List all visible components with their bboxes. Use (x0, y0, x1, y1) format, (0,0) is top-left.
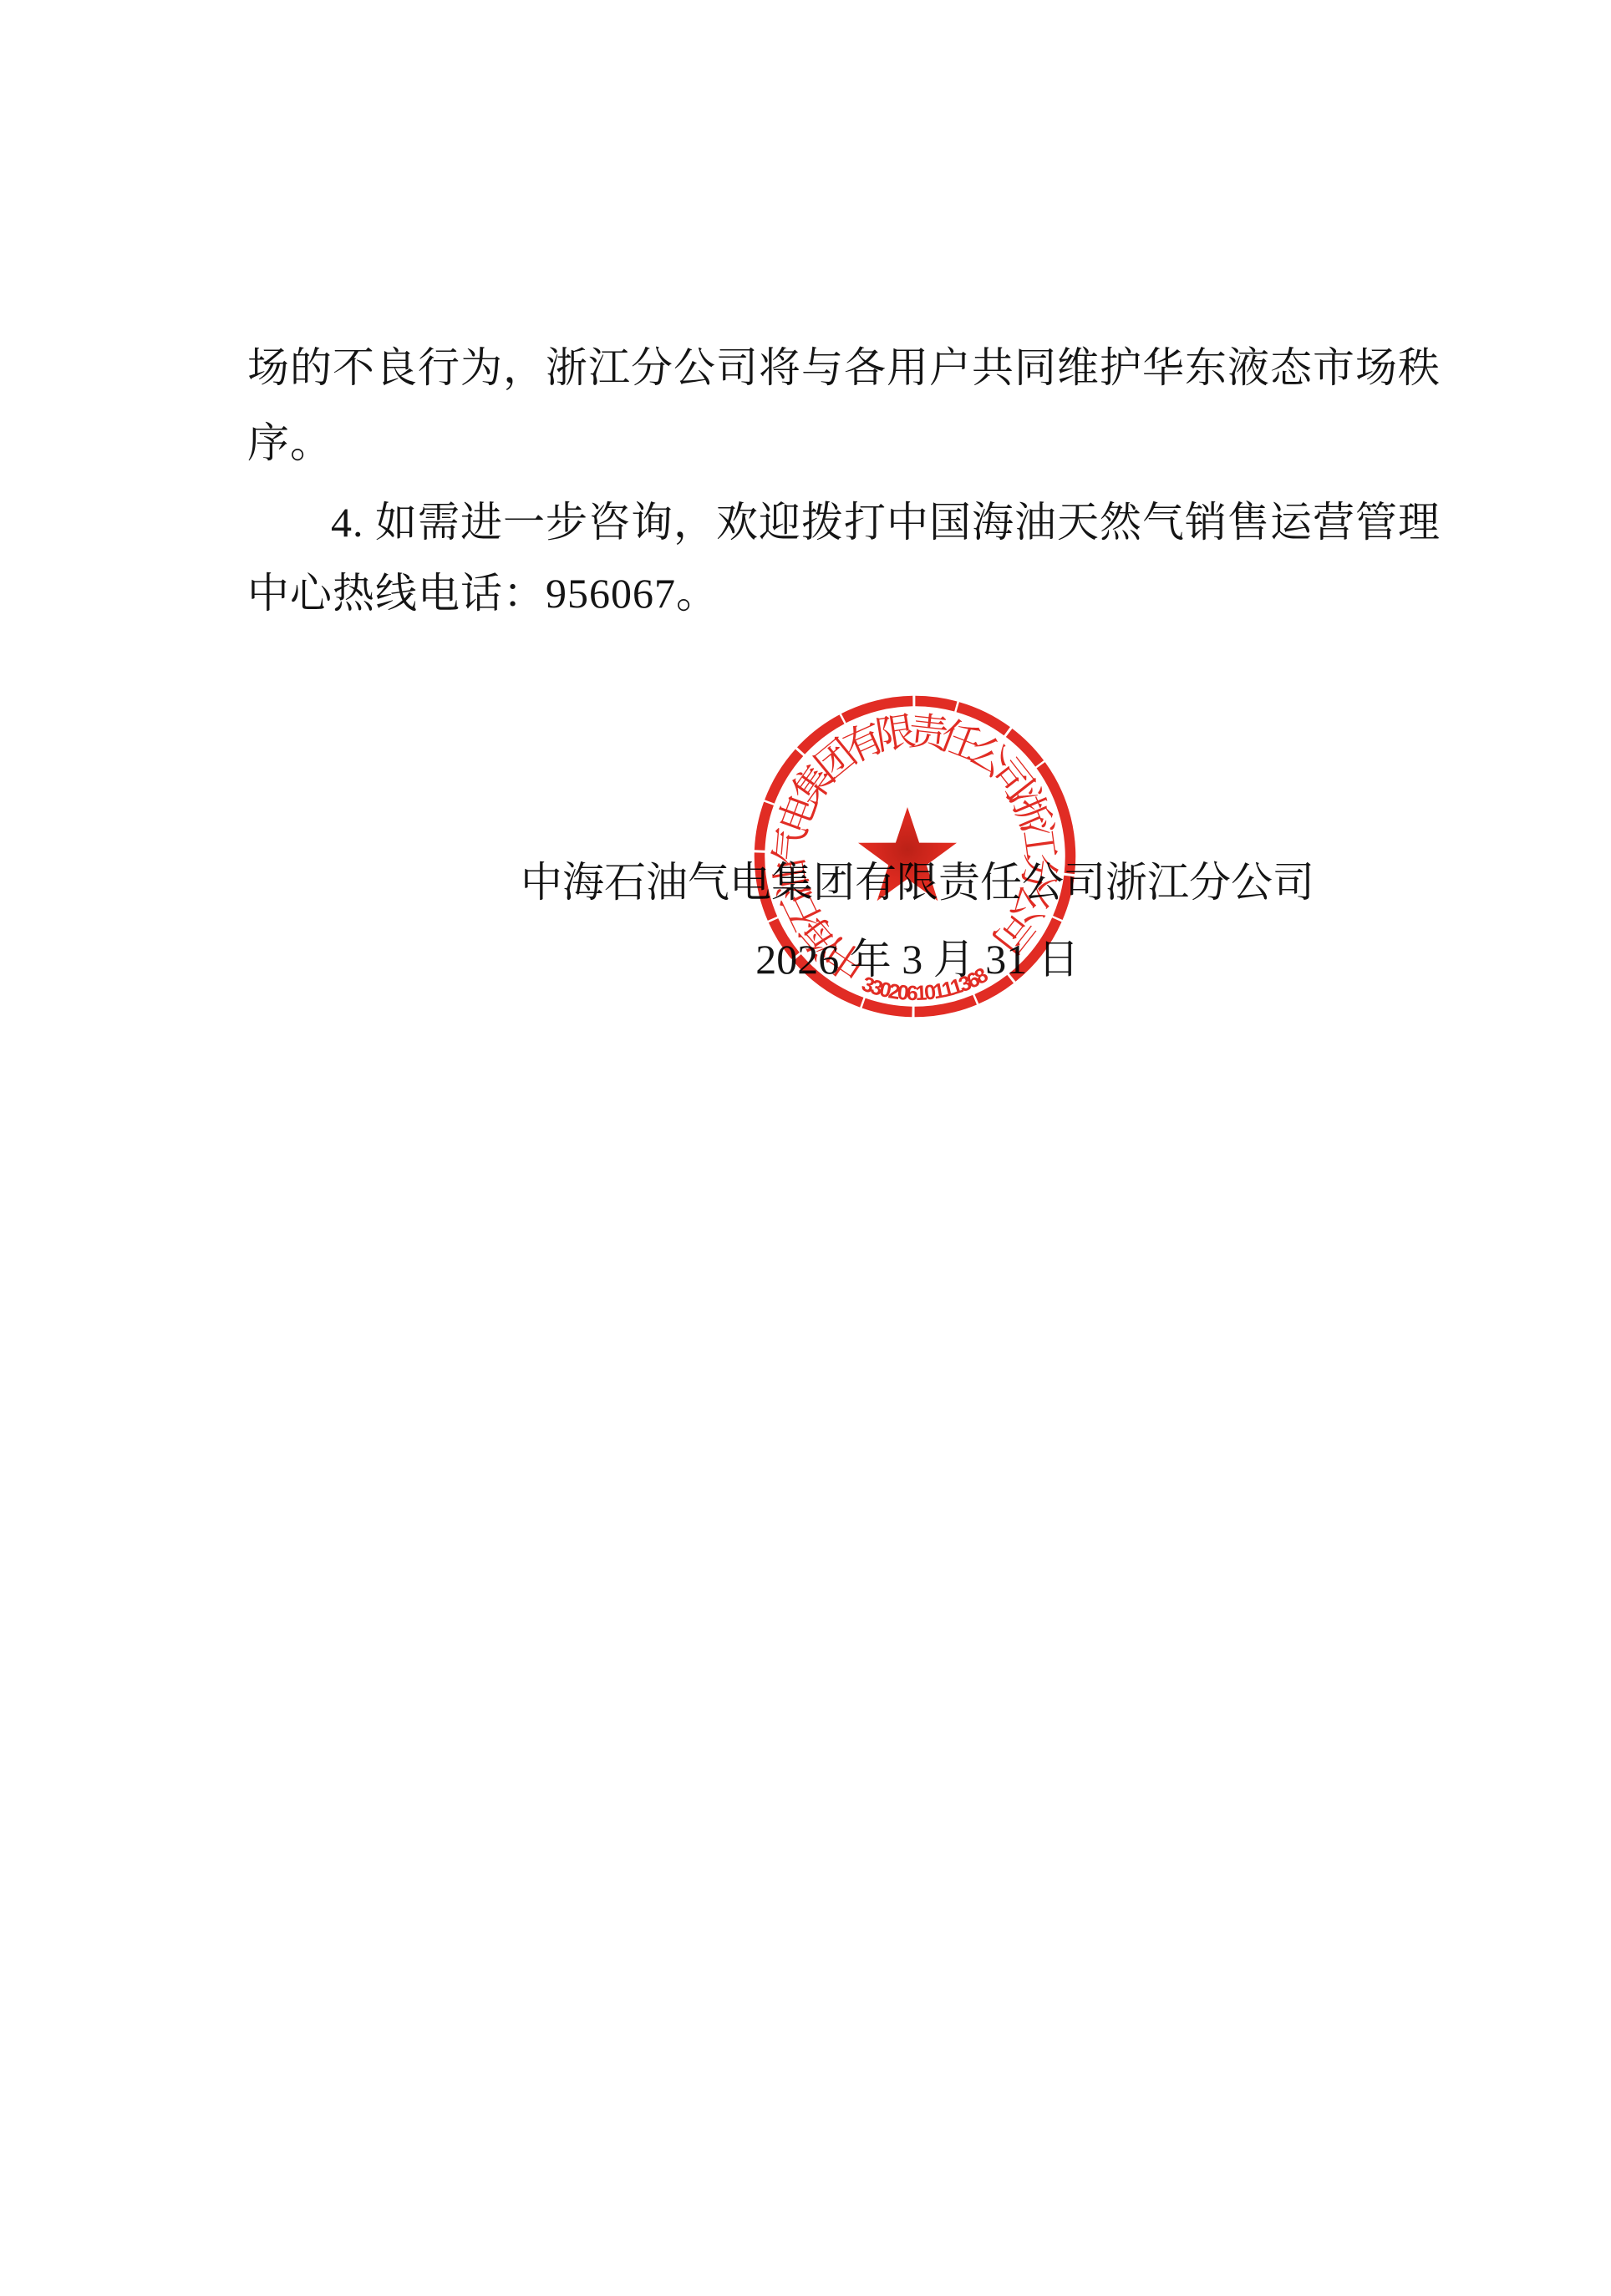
company-seal: 中海石油气电集团有限责任公司浙江分公司33020610111368 (739, 681, 1090, 1032)
body-line-2: 序。 (247, 419, 333, 466)
body-line-3: 4. 如需进一步咨询，欢迎拨打中国海油天然气销售运营管理 (331, 499, 1441, 546)
star-icon (858, 807, 957, 901)
body-line-1: 场的不良行为，浙江分公司将与各用户共同维护华东液态市场秩 (247, 344, 1441, 391)
document-page: 场的不良行为，浙江分公司将与各用户共同维护华东液态市场秩 序。 4. 如需进一步… (0, 0, 1611, 2296)
body-line-4: 中心热线电话：956067。 (247, 570, 719, 617)
